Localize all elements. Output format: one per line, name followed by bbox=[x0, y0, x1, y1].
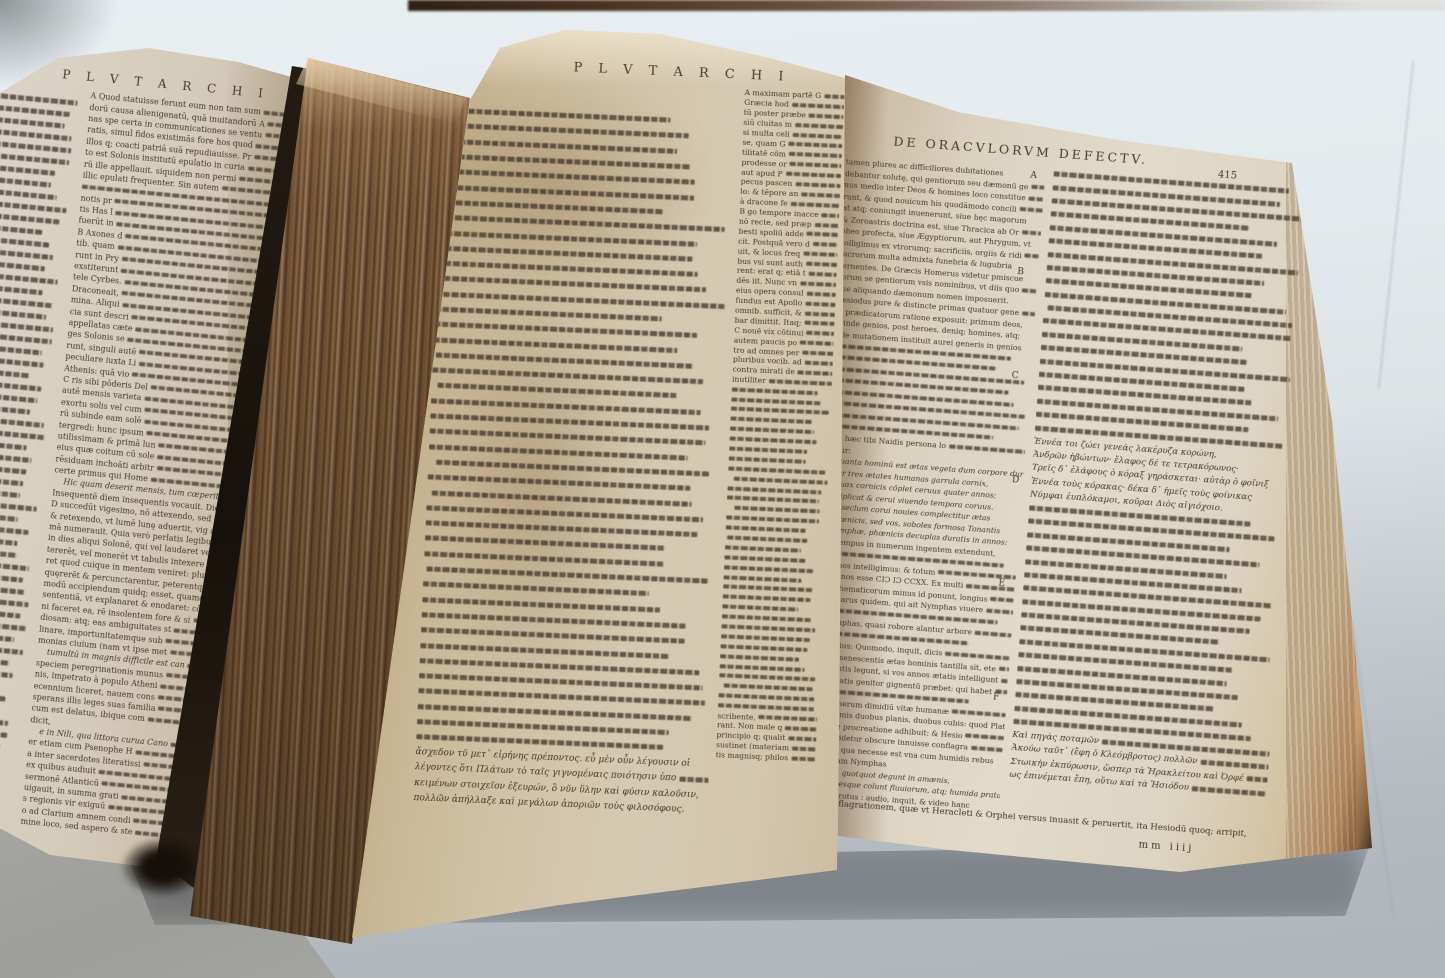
background-crease bbox=[1378, 61, 1414, 389]
middle-latin-column: A maximam partē GGræcia hodtū poster præ… bbox=[715, 88, 844, 764]
bottom-overflow-line: toicorum conflagrationem, quæ vt Heracle… bbox=[781, 795, 1325, 845]
marginal-letter-b: B bbox=[1017, 267, 1024, 277]
marginal-letter-d: D bbox=[1012, 475, 1020, 486]
middle-greek-column: ἄσχεδον τῦ μετ᾽ εἰρήνης πρέποντος. εὖ μὲ… bbox=[413, 103, 737, 819]
marginal-letter-e: E bbox=[998, 578, 1005, 588]
marginal-letter-c: C bbox=[1011, 371, 1019, 381]
binding-leather bbox=[122, 838, 204, 896]
middle-running-head: P L V T A R C H I bbox=[573, 60, 790, 84]
photo-antique-book: P L V T A R C H I A Quod statuisse ferun… bbox=[0, 0, 1445, 978]
gathering-signature: mm iiij bbox=[1138, 839, 1194, 854]
marginal-letter-a: A bbox=[1030, 171, 1037, 181]
marginal-letter-f: F bbox=[993, 692, 1000, 702]
background-top-edge bbox=[408, 0, 1445, 11]
right-greek-column: Ἐννέα τοι ζώει γενεὰς λακέρυζα κορώνη,Ἀν… bbox=[1009, 167, 1311, 800]
right-page: DE ORACVLORVM DEFECTV. 415 tamen plures … bbox=[828, 58, 1388, 892]
fore-edge-damage bbox=[1348, 488, 1370, 578]
fore-edge-damage bbox=[1336, 178, 1362, 238]
